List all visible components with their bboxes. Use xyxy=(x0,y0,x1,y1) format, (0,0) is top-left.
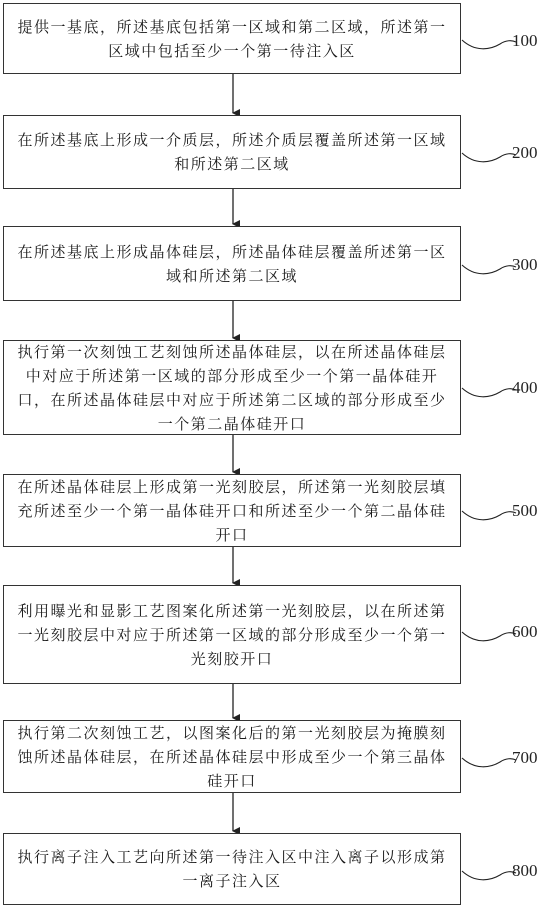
step-box-500: 在所述晶体硅层上形成第一光刻胶层，所述第一光刻胶层填充所述至少一个第一晶体硅开口… xyxy=(3,474,461,547)
step-text-400: 执行第一次刻蚀工艺刻蚀所述晶体硅层，以在所述晶体硅层中对应于所述第一区域的部分形… xyxy=(10,340,454,436)
step-box-200: 在所述基底上形成一介质层，所述介质层覆盖所述第一区域和所述第二区域 xyxy=(3,115,461,189)
step-box-700: 执行第二次刻蚀工艺，以图案化后的第一光刻胶层为掩膜刻蚀所述晶体硅层，在所述晶体硅… xyxy=(3,720,461,793)
step-label-400: 400 xyxy=(512,378,538,398)
step-box-600: 利用曝光和显影工艺图案化所述第一光刻胶层，以在所述第一光刻胶层中对应于所述第一区… xyxy=(3,585,461,684)
step-label-300: 300 xyxy=(512,255,538,275)
step-text-200: 在所述基底上形成一介质层，所述介质层覆盖所述第一区域和所述第二区域 xyxy=(10,128,454,176)
step-box-400: 执行第一次刻蚀工艺刻蚀所述晶体硅层，以在所述晶体硅层中对应于所述第一区域的部分形… xyxy=(3,340,461,435)
step-text-100: 提供一基底，所述基底包括第一区域和第二区域，所述第一区域中包括至少一个第一待注入… xyxy=(10,15,454,63)
step-text-600: 利用曝光和显影工艺图案化所述第一光刻胶层，以在所述第一光刻胶层中对应于所述第一区… xyxy=(10,599,454,671)
step-text-700: 执行第二次刻蚀工艺，以图案化后的第一光刻胶层为掩膜刻蚀所述晶体硅层，在所述晶体硅… xyxy=(10,721,454,793)
leader-500 xyxy=(462,511,516,520)
leader-200 xyxy=(462,153,516,162)
step-text-300: 在所述基底上形成晶体硅层，所述晶体硅层覆盖所述第一区域和所述第二区域 xyxy=(10,240,454,288)
step-label-100: 100 xyxy=(512,31,538,51)
step-label-600: 600 xyxy=(512,622,538,642)
step-label-800: 800 xyxy=(512,861,538,881)
leader-700 xyxy=(462,758,516,767)
step-text-500: 在所述晶体硅层上形成第一光刻胶层，所述第一光刻胶层填充所述至少一个第一晶体硅开口… xyxy=(10,475,454,547)
step-label-200: 200 xyxy=(512,143,538,163)
leader-100 xyxy=(462,40,516,49)
step-box-300: 在所述基底上形成晶体硅层，所述晶体硅层覆盖所述第一区域和所述第二区域 xyxy=(3,226,461,301)
step-box-100: 提供一基底，所述基底包括第一区域和第二区域，所述第一区域中包括至少一个第一待注入… xyxy=(3,3,461,74)
step-label-500: 500 xyxy=(512,501,538,521)
step-label-700: 700 xyxy=(512,748,538,768)
leader-400 xyxy=(462,388,516,397)
leader-300 xyxy=(462,265,516,274)
leader-800 xyxy=(462,871,516,880)
leader-600 xyxy=(462,632,516,641)
step-text-800: 执行离子注入工艺向所述第一待注入区中注入离子以形成第一离子注入区 xyxy=(10,845,454,893)
step-box-800: 执行离子注入工艺向所述第一待注入区中注入离子以形成第一离子注入区 xyxy=(3,833,461,905)
